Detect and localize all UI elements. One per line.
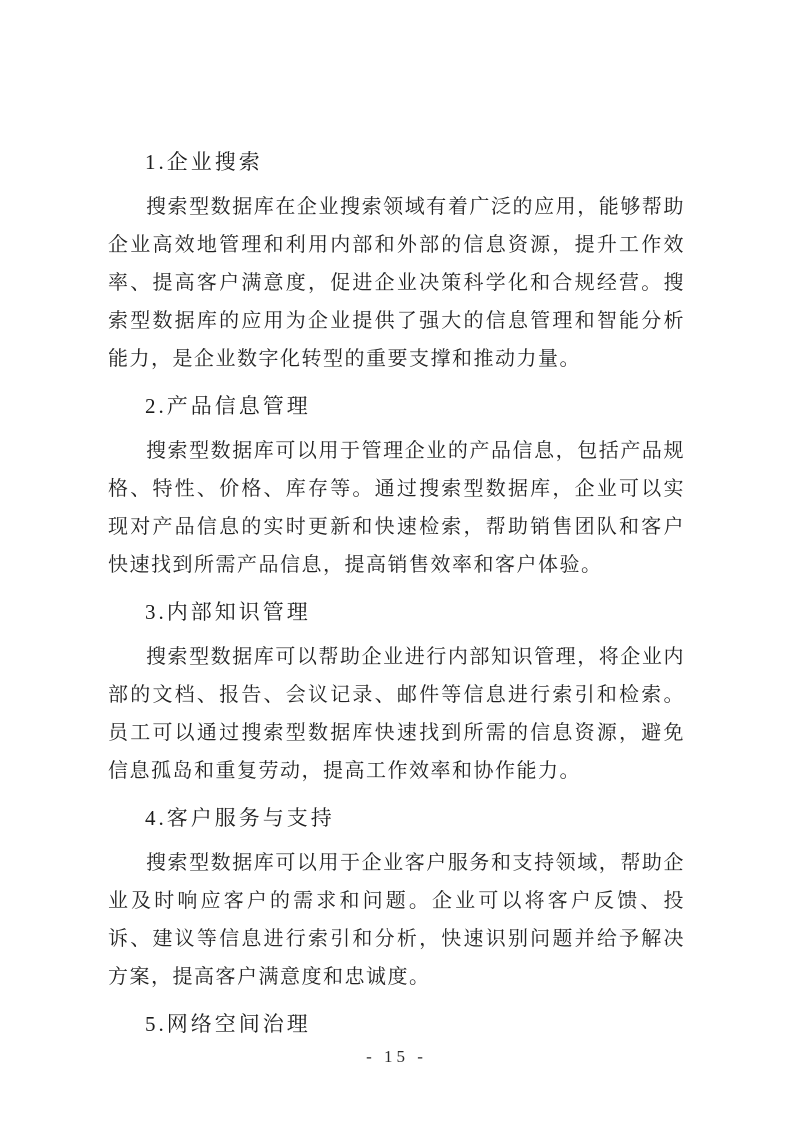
- section-heading-1: 1.企业搜索: [108, 148, 685, 176]
- section-heading-3: 3.内部知识管理: [108, 598, 685, 626]
- section-paragraph-3: 搜索型数据库可以帮助企业进行内部知识管理，将企业内部的文档、报告、会议记录、邮件…: [108, 638, 685, 790]
- page-number: - 15 -: [0, 1047, 793, 1067]
- section-heading-2: 2.产品信息管理: [108, 392, 685, 420]
- document-page: 1.企业搜索 搜索型数据库在企业搜索领域有着广泛的应用，能够帮助企业高效地管理和…: [0, 0, 793, 1122]
- section-heading-4: 4.客户服务与支持: [108, 804, 685, 832]
- section-paragraph-4: 搜索型数据库可以用于企业客户服务和支持领域，帮助企业及时响应客户的需求和问题。企…: [108, 844, 685, 996]
- section-paragraph-1: 搜索型数据库在企业搜索领域有着广泛的应用，能够帮助企业高效地管理和利用内部和外部…: [108, 188, 685, 378]
- section-paragraph-2: 搜索型数据库可以用于管理企业的产品信息，包括产品规格、特性、价格、库存等。通过搜…: [108, 432, 685, 584]
- document-content: 1.企业搜索 搜索型数据库在企业搜索领域有着广泛的应用，能够帮助企业高效地管理和…: [108, 134, 685, 1050]
- section-heading-5: 5.网络空间治理: [108, 1010, 685, 1038]
